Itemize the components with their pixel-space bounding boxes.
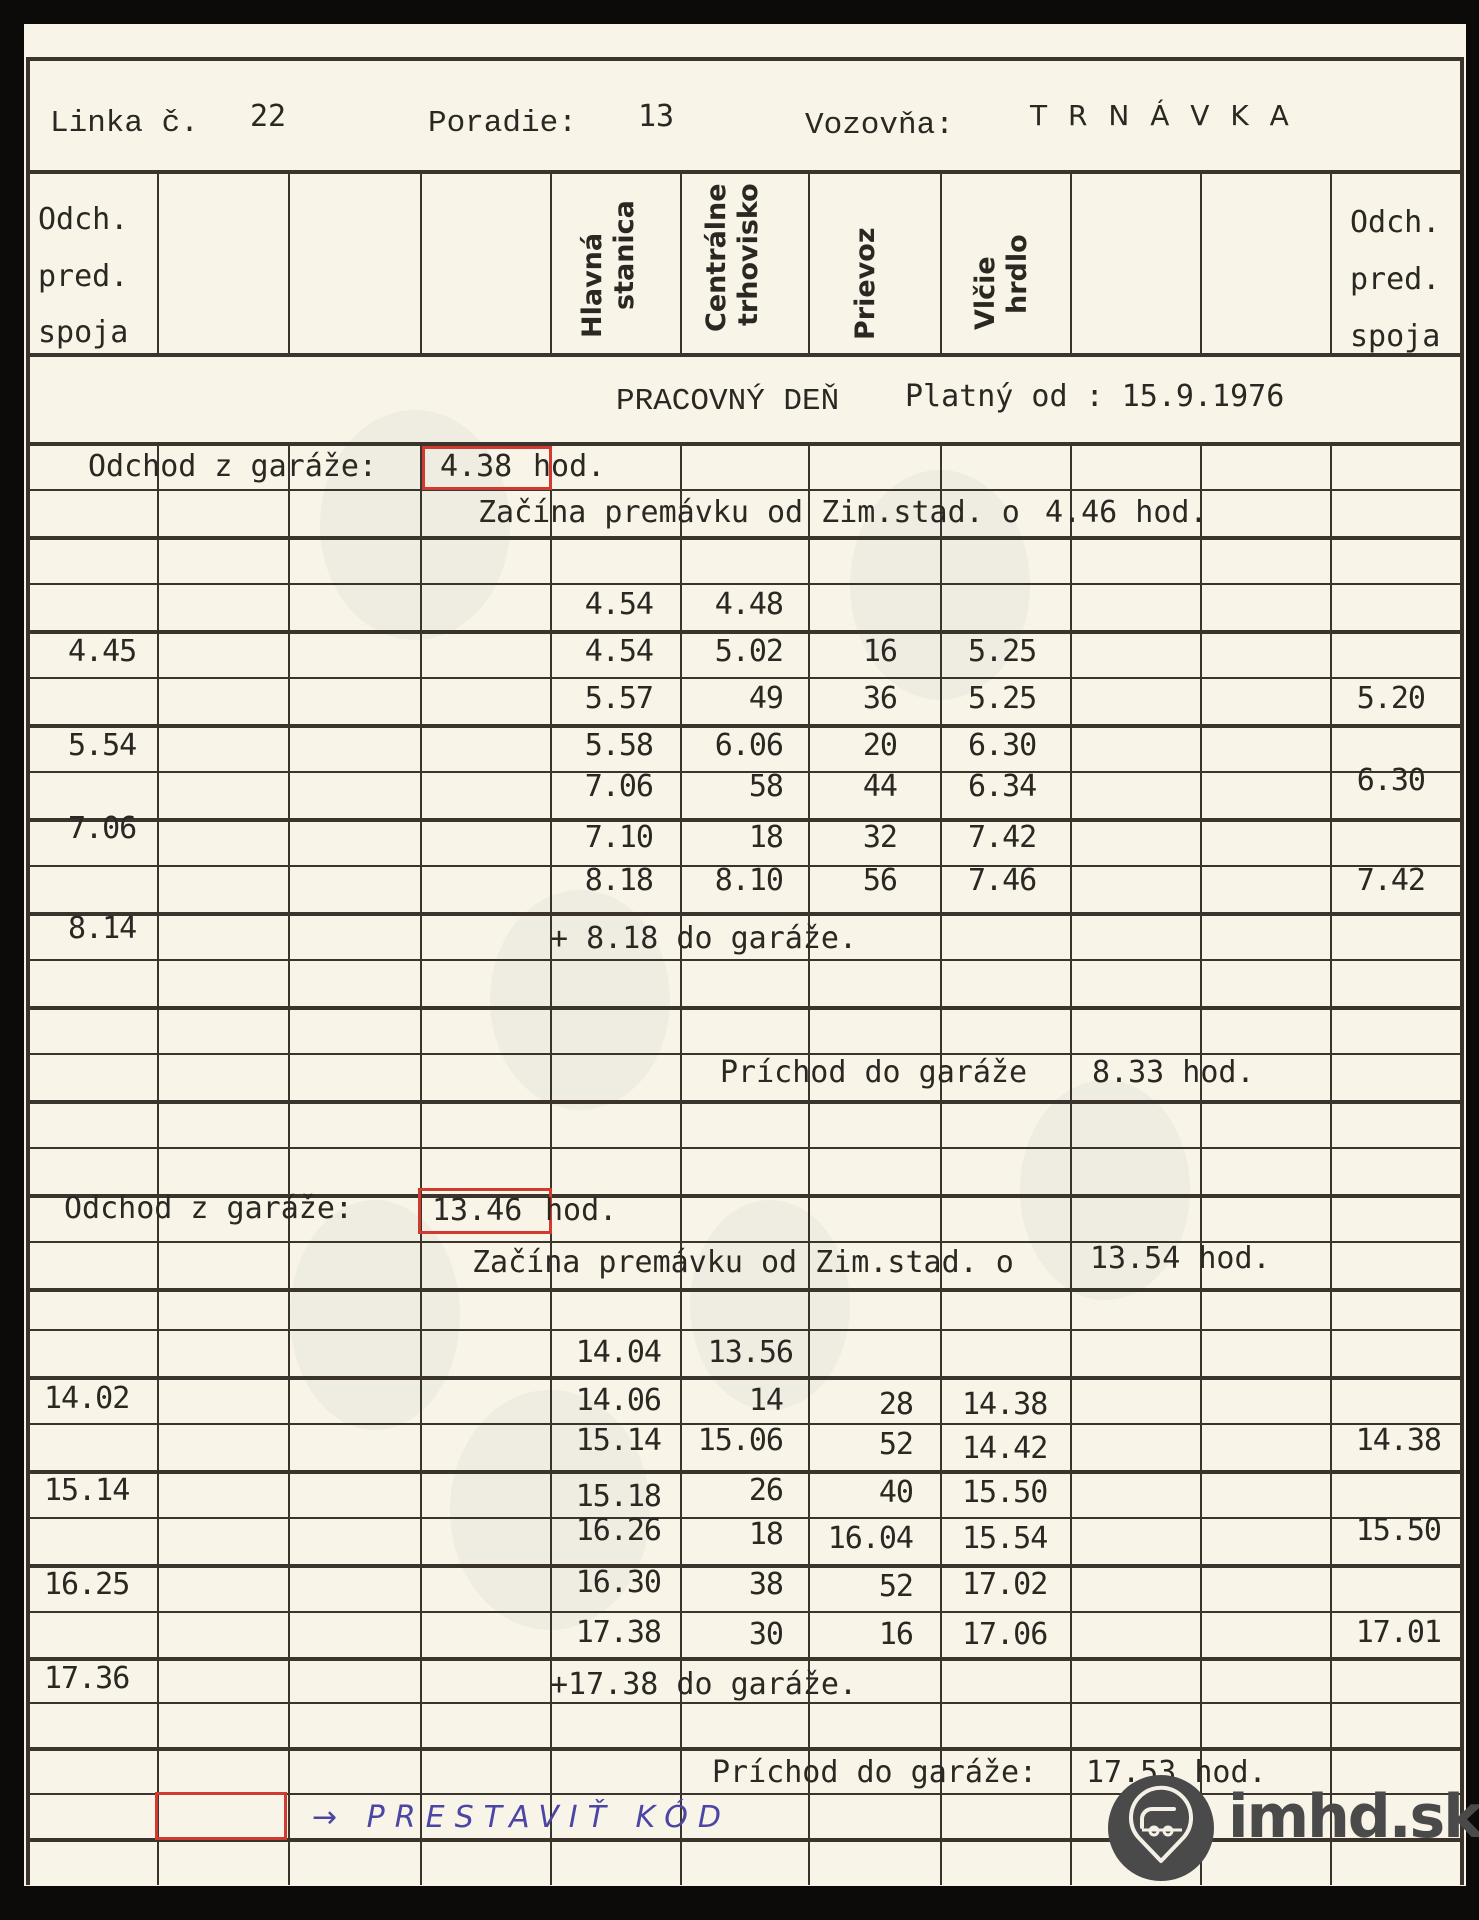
time-prievoz: 16 — [879, 1620, 913, 1650]
stop-header-hlavna-stanica: Hlavná stanica — [577, 200, 641, 338]
col-line — [1200, 170, 1202, 355]
stop-name-line: stanica — [609, 200, 641, 338]
time-vlcie-hrdlo: 7.46 — [968, 866, 1036, 896]
col-line — [940, 442, 942, 1885]
rule — [28, 1470, 1462, 1474]
time-prev-trip: 14.02 — [44, 1384, 129, 1414]
to-garage-prev-time: 17.36 — [44, 1664, 129, 1694]
rule — [28, 1288, 1462, 1292]
time-centralne-trhovisko: 5.02 — [715, 637, 783, 667]
time-prievoz: 44 — [863, 772, 897, 802]
time-hlavna-stanica: 8.18 — [585, 866, 653, 896]
rule — [28, 57, 1462, 61]
stop-header-prievoz: Prievoz — [850, 227, 882, 340]
rule — [28, 1747, 1462, 1751]
line-number: 22 — [250, 102, 286, 132]
time-vlcie-hrdlo: 5.25 — [968, 684, 1036, 714]
rule — [28, 1147, 1462, 1149]
time-next-trip: 5.20 — [1357, 684, 1425, 714]
valid-from: Platný od : 15.9.1976 — [905, 382, 1284, 412]
garage-arrival-label: Príchod do garáže — [720, 1058, 1027, 1088]
time-hlavna-stanica: 14.04 — [576, 1338, 661, 1368]
time-next-trip: 15.50 — [1356, 1516, 1441, 1546]
col-line — [680, 170, 682, 355]
garage-departure-label: Odchod z garáže: — [64, 1194, 353, 1224]
time-next-trip: 6.30 — [1357, 766, 1425, 796]
time-next-trip: 17.01 — [1356, 1618, 1441, 1648]
col-line — [1330, 170, 1332, 355]
col-line — [288, 170, 290, 355]
rule — [28, 1006, 1462, 1010]
to-garage-prev-time: 8.14 — [68, 914, 136, 944]
time-centralne-trhovisko: 13.56 — [708, 1338, 793, 1368]
time-centralne-trhovisko: 38 — [749, 1570, 783, 1600]
stop-name-line: Hlavná — [577, 200, 609, 338]
time-centralne-trhovisko: 18 — [749, 1520, 783, 1550]
day-type: PRACOVNÝ DEŇ — [616, 386, 839, 417]
rule — [28, 959, 1462, 961]
rule — [28, 536, 1462, 540]
time-prievoz: 20 — [863, 731, 897, 761]
col-line — [1330, 442, 1332, 1885]
time-prievoz: 56 — [863, 866, 897, 896]
time-centralne-trhovisko: 30 — [749, 1620, 783, 1650]
stop-header-vlcie-hrdlo: Vlčie hrdlo — [970, 234, 1034, 330]
col-line — [550, 170, 552, 355]
col-line — [1200, 442, 1202, 1885]
time-vlcie-hrdlo: 14.38 — [962, 1390, 1047, 1420]
start-service-text: Začína premávku od Zim.stad. o — [478, 498, 1020, 528]
time-next-trip: 14.38 — [1356, 1426, 1441, 1456]
time-prievoz: 40 — [879, 1478, 913, 1508]
time-vlcie-hrdlo: 15.54 — [962, 1524, 1047, 1554]
time-vlcie-hrdlo: 17.06 — [962, 1620, 1047, 1650]
start-service-text: Začína premávku od Zim.stad. o — [472, 1248, 1014, 1278]
to-garage-text: + 8.18 do garáže. — [550, 924, 857, 954]
time-vlcie-hrdlo: 6.30 — [968, 731, 1036, 761]
time-centralne-trhovisko: 26 — [749, 1476, 783, 1506]
time-centralne-trhovisko: 6.06 — [715, 731, 783, 761]
start-service-time: 4.46 hod. — [1045, 498, 1208, 528]
time-prev-trip: 5.54 — [68, 731, 136, 761]
time-prev-trip: 16.25 — [44, 1570, 129, 1600]
col-line — [288, 442, 290, 1885]
red-empty-box — [155, 1792, 287, 1840]
rule — [28, 1611, 1462, 1613]
garage-departure-time: 13.46 — [432, 1196, 522, 1226]
rule — [28, 353, 1462, 357]
time-hlavna-stanica: 5.58 — [585, 731, 653, 761]
time-prievoz: 28 — [879, 1390, 913, 1420]
watermark-logo — [290, 1200, 460, 1430]
time-prievoz: 32 — [863, 823, 897, 853]
rule — [28, 489, 1462, 491]
to-garage-text: +17.38 do garáže. — [550, 1670, 857, 1700]
garage-arrival-time: 8.33 hod. — [1092, 1058, 1255, 1088]
bus-pin-icon — [1108, 1775, 1214, 1881]
rule — [28, 912, 1462, 916]
stop-name-line: hrdlo — [1002, 234, 1034, 330]
time-hlavna-stanica: 17.38 — [576, 1618, 661, 1648]
depot-label: Vozovňa: — [805, 110, 954, 141]
stop-header-centralne-trhovisko: Centrálne trhovisko — [701, 183, 765, 332]
time-hlavna-stanica: 15.14 — [576, 1426, 661, 1456]
col-line — [1070, 170, 1072, 355]
col-line — [808, 170, 810, 355]
rule — [28, 1657, 1462, 1661]
header-line: Odch. — [38, 205, 128, 235]
col-line — [420, 170, 422, 355]
time-centralne-trhovisko: 8.10 — [715, 866, 783, 896]
header-line: pred. — [1350, 265, 1440, 295]
col-line — [940, 170, 942, 355]
header-line: Odch. — [1350, 208, 1440, 238]
garage-departure-unit: hod. — [545, 1196, 617, 1226]
rule — [28, 1100, 1462, 1104]
rule — [28, 771, 1462, 773]
time-prievoz: 52 — [879, 1572, 913, 1602]
time-hlavna-stanica: 7.10 — [585, 823, 653, 853]
time-centralne-trhovisko: 49 — [749, 684, 783, 714]
time-vlcie-hrdlo: 5.25 — [968, 637, 1036, 667]
rule — [28, 170, 1462, 174]
header-line: pred. — [38, 262, 128, 292]
handwritten-note: → PRESTAVIŤ KÓD — [312, 1800, 731, 1835]
rule — [28, 1517, 1462, 1519]
time-hlavna-stanica: 16.26 — [576, 1516, 661, 1546]
rule — [28, 583, 1462, 585]
garage-arrival-label: Príchod do garáže: — [712, 1758, 1037, 1788]
time-prievoz: 52 — [879, 1430, 913, 1460]
time-centralne-trhovisko: 14 — [749, 1386, 783, 1416]
garage-departure-label: Odchod z garáže: — [88, 452, 377, 482]
stop-name-line: Centrálne — [701, 183, 733, 332]
col-line — [420, 442, 422, 1885]
imhd-logo-icon — [1108, 1775, 1214, 1881]
time-next-trip: 7.42 — [1357, 866, 1425, 896]
garage-departure-time: 4.38 — [440, 452, 512, 482]
imhd-logo-text[interactable]: imhd.sk — [1228, 1782, 1479, 1852]
time-vlcie-hrdlo: 14.42 — [962, 1434, 1047, 1464]
col-line — [157, 170, 159, 355]
rule — [28, 677, 1462, 679]
time-hlavna-stanica: 14.06 — [576, 1386, 661, 1416]
time-centralne-trhovisko: 4.48 — [715, 590, 783, 620]
rule — [28, 1564, 1462, 1568]
rule — [28, 1376, 1462, 1380]
col-line — [1070, 442, 1072, 1885]
order-number: 13 — [638, 102, 674, 132]
time-hlavna-stanica: 16.30 — [576, 1568, 661, 1598]
depot-name: T R N Á V K A — [1030, 102, 1295, 130]
time-centralne-trhovisko: 58 — [749, 772, 783, 802]
time-vlcie-hrdlo: 17.02 — [962, 1570, 1047, 1600]
time-prievoz: 16.04 — [828, 1524, 913, 1554]
order-label: Poradie: — [428, 108, 577, 139]
time-centralne-trhovisko: 15.06 — [698, 1426, 783, 1456]
rule — [28, 1702, 1462, 1704]
start-service-time: 13.54 hod. — [1090, 1244, 1271, 1274]
rule — [28, 442, 1462, 446]
time-hlavna-stanica: 5.57 — [585, 684, 653, 714]
time-prev-trip: 4.45 — [68, 637, 136, 667]
time-vlcie-hrdlo: 6.34 — [968, 772, 1036, 802]
time-hlavna-stanica: 15.18 — [576, 1482, 661, 1512]
garage-departure-unit: hod. — [533, 452, 605, 482]
stop-name-line: trhovisko — [733, 183, 765, 332]
stop-name-line: Prievoz — [850, 227, 882, 340]
col-line — [157, 442, 159, 1885]
time-hlavna-stanica: 4.54 — [585, 590, 653, 620]
header-line: spoja — [38, 318, 128, 348]
time-vlcie-hrdlo: 15.50 — [962, 1478, 1047, 1508]
time-vlcie-hrdlo: 7.42 — [968, 823, 1036, 853]
rule — [28, 1329, 1462, 1331]
time-prievoz: 16 — [863, 637, 897, 667]
time-prev-trip: 15.14 — [44, 1476, 129, 1506]
stop-name-line: Vlčie — [970, 234, 1002, 330]
time-prievoz: 36 — [863, 684, 897, 714]
header-line: spoja — [1350, 322, 1440, 352]
time-prev-trip: 7.06 — [68, 814, 136, 844]
time-hlavna-stanica: 4.54 — [585, 637, 653, 667]
time-hlavna-stanica: 7.06 — [585, 772, 653, 802]
line-label: Linka č. — [50, 108, 199, 139]
rule — [28, 818, 1462, 822]
time-centralne-trhovisko: 18 — [749, 823, 783, 853]
